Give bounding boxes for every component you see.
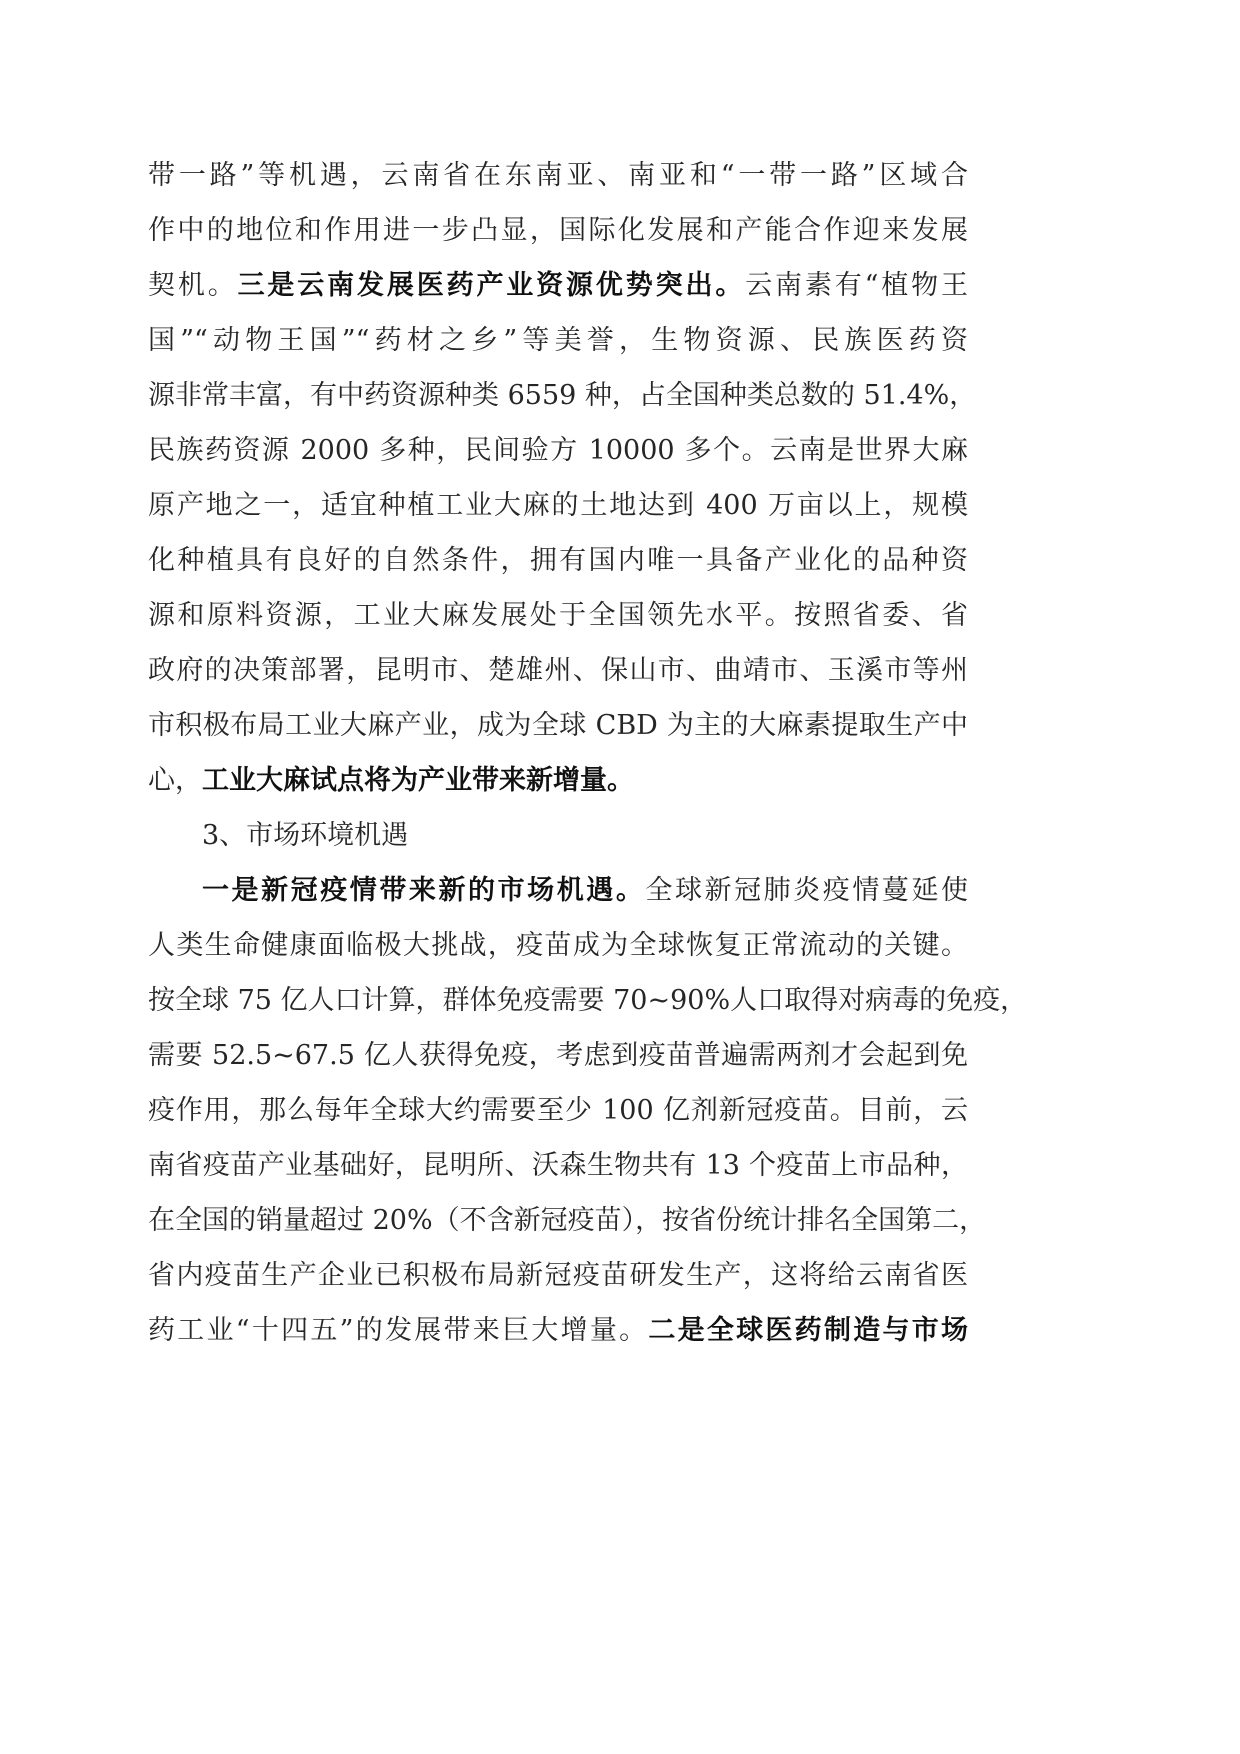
text-segment: 云南素有“植物王 xyxy=(745,270,968,301)
text-line: 心，工业大麻试点将为产业带来新增量。 xyxy=(148,753,968,809)
section-heading: 3、市场环境机遇 xyxy=(202,808,968,864)
text-segment: 疫作用，那么每年全球大约需要至少 100 亿剂新冠疫苗。目前，云 xyxy=(148,1095,968,1126)
text-line: 民族药资源 2000 多种，民间验方 10000 多个。云南是世界大麻 xyxy=(148,423,968,479)
bold-emphasis: 三是云南发展医药产业资源优势突出。 xyxy=(238,270,746,301)
text-line: 原产地之一，适宜种植工业大麻的土地达到 400 万亩以上，规模 xyxy=(148,478,968,534)
document-page: 带一路”等机遇，云南省在东南亚、南亚和“一带一路”区域合 作中的地位和作用进一步… xyxy=(0,0,1240,1754)
text-line: 一是新冠疫情带来新的市场机遇。全球新冠肺炎疫情蔓延使 xyxy=(202,863,968,919)
text-line: 按全球 75 亿人口计算，群体免疫需要 70~90%人口取得对病毒的免疫， xyxy=(148,973,968,1029)
text-line: 疫作用，那么每年全球大约需要至少 100 亿剂新冠疫苗。目前，云 xyxy=(148,1083,968,1139)
text-segment: 需要 52.5~67.5 亿人获得免疫，考虑到疫苗普遍需两剂才会起到免 xyxy=(148,1040,968,1071)
text-segment: 人类生命健康面临极大挑战，疫苗成为全球恢复正常流动的关键。 xyxy=(148,930,968,961)
text-line: 契机。三是云南发展医药产业资源优势突出。云南素有“植物王 xyxy=(148,258,968,314)
section-heading-text: 3、市场环境机遇 xyxy=(202,820,408,851)
text-line: 化种植具有良好的自然条件，拥有国内唯一具备产业化的品种资 xyxy=(148,533,968,589)
text-segment: 原产地之一，适宜种植工业大麻的土地达到 400 万亩以上，规模 xyxy=(148,490,968,521)
text-line: 南省疫苗产业基础好，昆明所、沃森生物共有 13 个疫苗上市品种， xyxy=(148,1138,968,1194)
text-segment: 南省疫苗产业基础好，昆明所、沃森生物共有 13 个疫苗上市品种， xyxy=(148,1150,968,1181)
text-segment: 源非常丰富，有中药资源种类 6559 种，占全国种类总数的 51.4%， xyxy=(148,380,976,411)
text-segment: 契机。 xyxy=(148,270,238,301)
text-segment: 药工业“十四五”的发展带来巨大增量。 xyxy=(148,1315,648,1346)
text-segment: 心， xyxy=(148,765,202,796)
text-line: 药工业“十四五”的发展带来巨大增量。二是全球医药制造与市场 xyxy=(148,1303,968,1359)
text-segment: 政府的决策部署，昆明市、楚雄州、保山市、曲靖市、玉溪市等州 xyxy=(148,655,968,686)
bold-emphasis: 工业大麻试点将为产业带来新增量。 xyxy=(202,765,634,796)
text-segment: 作中的地位和作用进一步凸显，国际化发展和产能合作迎来发展 xyxy=(148,215,968,246)
text-line: 国”“动物王国”“药材之乡”等美誉，生物资源、民族医药资 xyxy=(148,313,968,369)
text-line: 政府的决策部署，昆明市、楚雄州、保山市、曲靖市、玉溪市等州 xyxy=(148,643,968,699)
text-segment: 市积极布局工业大麻产业，成为全球 CBD 为主的大麻素提取生产中 xyxy=(148,710,968,741)
text-line: 需要 52.5~67.5 亿人获得免疫，考虑到疫苗普遍需两剂才会起到免 xyxy=(148,1028,968,1084)
text-line: 市积极布局工业大麻产业，成为全球 CBD 为主的大麻素提取生产中 xyxy=(148,698,968,754)
text-segment: 带一路”等机遇，云南省在东南亚、南亚和“一带一路”区域合 xyxy=(148,160,968,191)
text-segment: 源和原料资源，工业大麻发展处于全国领先水平。按照省委、省 xyxy=(148,600,968,631)
text-segment: 民族药资源 2000 多种，民间验方 10000 多个。云南是世界大麻 xyxy=(148,435,968,466)
text-line: 在全国的销量超过 20%（不含新冠疫苗），按省份统计排名全国第二， xyxy=(148,1193,968,1249)
text-line: 人类生命健康面临极大挑战，疫苗成为全球恢复正常流动的关键。 xyxy=(148,918,968,974)
text-line: 源和原料资源，工业大麻发展处于全国领先水平。按照省委、省 xyxy=(148,588,968,644)
text-line: 源非常丰富，有中药资源种类 6559 种，占全国种类总数的 51.4%， xyxy=(148,368,968,424)
text-segment: 全球新冠肺炎疫情蔓延使 xyxy=(645,875,968,906)
text-segment: 化种植具有良好的自然条件，拥有国内唯一具备产业化的品种资 xyxy=(148,545,968,576)
text-line: 省内疫苗生产企业已积极布局新冠疫苗研发生产，这将给云南省医 xyxy=(148,1248,968,1304)
text-line: 作中的地位和作用进一步凸显，国际化发展和产能合作迎来发展 xyxy=(148,203,968,259)
text-segment: 省内疫苗生产企业已积极布局新冠疫苗研发生产，这将给云南省医 xyxy=(148,1260,968,1291)
text-segment: 在全国的销量超过 20%（不含新冠疫苗），按省份统计排名全国第二， xyxy=(148,1205,986,1236)
bold-emphasis: 一是新冠疫情带来新的市场机遇。 xyxy=(202,875,645,906)
bold-emphasis: 二是全球医药制造与市场 xyxy=(648,1315,968,1346)
text-segment: 按全球 75 亿人口计算，群体免疫需要 70~90%人口取得对病毒的免疫， xyxy=(148,985,1027,1016)
text-line: 带一路”等机遇，云南省在东南亚、南亚和“一带一路”区域合 xyxy=(148,148,968,204)
text-segment: 国”“动物王国”“药材之乡”等美誉，生物资源、民族医药资 xyxy=(148,325,968,356)
